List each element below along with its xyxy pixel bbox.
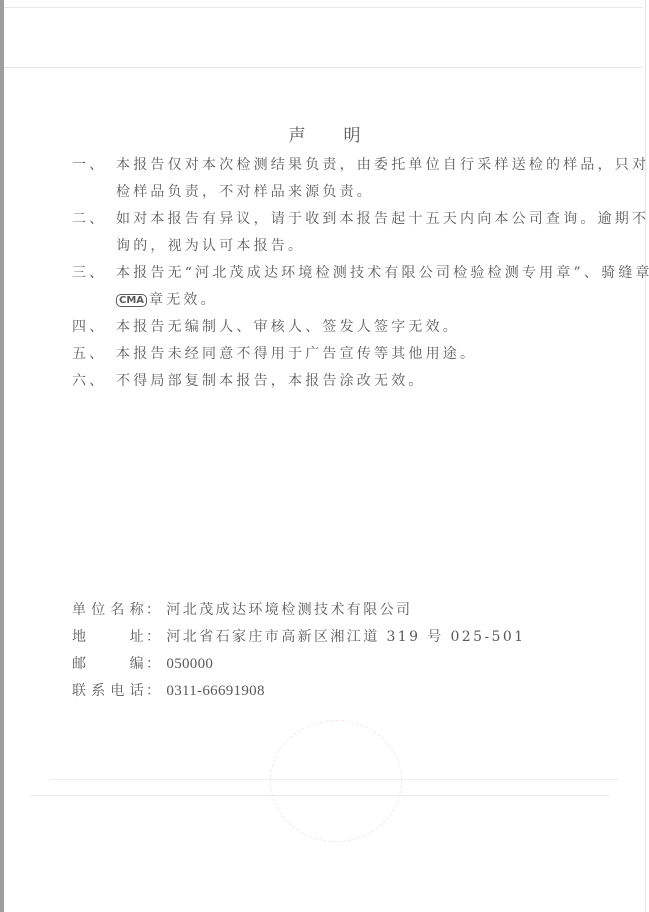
contact-row-address: 地址：河北省石家庄市高新区湘江道 319 号 025-501 — [72, 624, 525, 651]
scan-artifact-line — [4, 67, 643, 68]
clause-number: 四、 — [72, 314, 106, 341]
clause-text-ma-line: CMA章无效。 — [116, 287, 612, 314]
contact-row-postcode: 邮编：050000 — [72, 651, 525, 678]
scan-artifact-line — [4, 7, 643, 8]
clause-text: 本报告无“河北茂成达环境检测技术有限公司检验检测专用章”、骑缝章和 — [116, 260, 612, 287]
clause-3: 三、 本报告无“河北茂成达环境检测技术有限公司检验检测专用章”、骑缝章和 CMA… — [72, 260, 612, 314]
clause-text: 章无效。 — [149, 292, 218, 308]
contact-info: 单位名称：河北茂成达环境检测技术有限公司 地址：河北省石家庄市高新区湘江道 31… — [72, 597, 525, 705]
title-char: 声 — [289, 121, 306, 146]
clause-text: 询的，视为认可本报告。 — [116, 233, 612, 260]
contact-label: 邮编 — [72, 651, 146, 678]
colon: ： — [146, 683, 162, 699]
colon: ： — [146, 629, 162, 645]
clause-6: 六、 不得局部复制本报告，本报告涂改无效。 — [72, 368, 612, 395]
clause-number: 六、 — [72, 368, 106, 395]
colon: ： — [146, 656, 162, 672]
contact-row-phone: 联系电话：0311-66691908 — [72, 678, 525, 705]
contact-label: 地址 — [72, 624, 146, 651]
clause-number: 二、 — [72, 206, 106, 233]
clause-4: 四、 本报告无编制人、审核人、签发人签字无效。 — [72, 314, 612, 341]
clause-number: 一、 — [72, 152, 106, 179]
clause-text: 不得局部复制本报告，本报告涂改无效。 — [116, 368, 612, 395]
cma-mark-icon: CMA — [116, 294, 147, 307]
company-name: 河北茂成达环境检测技术有限公司 — [166, 602, 412, 618]
colon: ： — [146, 602, 162, 618]
contact-label: 联系电话 — [72, 678, 146, 705]
clause-text: 检样品负责，不对样品来源负责。 — [116, 179, 612, 206]
phone-value: 0311-66691908 — [166, 683, 264, 699]
address-value: 河北省石家庄市高新区湘江道 319 号 025-501 — [166, 629, 525, 645]
title-char: 明 — [344, 121, 361, 146]
clause-1: 一、 本报告仅对本次检测结果负责，由委托单位自行采样送检的样品，只对送 检样品负… — [72, 152, 612, 206]
contact-label: 单位名称 — [72, 597, 146, 624]
clause-text: 本报告未经同意不得用于广告宣传等其他用途。 — [116, 341, 612, 368]
clause-number: 五、 — [72, 341, 106, 368]
clause-2: 二、 如对本报告有异议，请于收到本报告起十五天内向本公司查询。逾期不查 询的，视… — [72, 206, 612, 260]
clause-number: 三、 — [72, 260, 106, 287]
faint-seal-stamp — [270, 720, 402, 842]
contact-row-company: 单位名称：河北茂成达环境检测技术有限公司 — [72, 597, 525, 624]
declaration-clauses: 一、 本报告仅对本次检测结果负责，由委托单位自行采样送检的样品，只对送 检样品负… — [72, 152, 612, 395]
clause-text: 本报告仅对本次检测结果负责，由委托单位自行采样送检的样品，只对送 — [116, 152, 612, 179]
clause-5: 五、 本报告未经同意不得用于广告宣传等其他用途。 — [72, 341, 612, 368]
postcode-value: 050000 — [166, 656, 213, 672]
clause-text: 本报告无编制人、审核人、签发人签字无效。 — [116, 314, 612, 341]
clause-text: 如对本报告有异议，请于收到本报告起十五天内向本公司查询。逾期不查 — [116, 206, 612, 233]
page-title: 声明 — [0, 121, 649, 146]
